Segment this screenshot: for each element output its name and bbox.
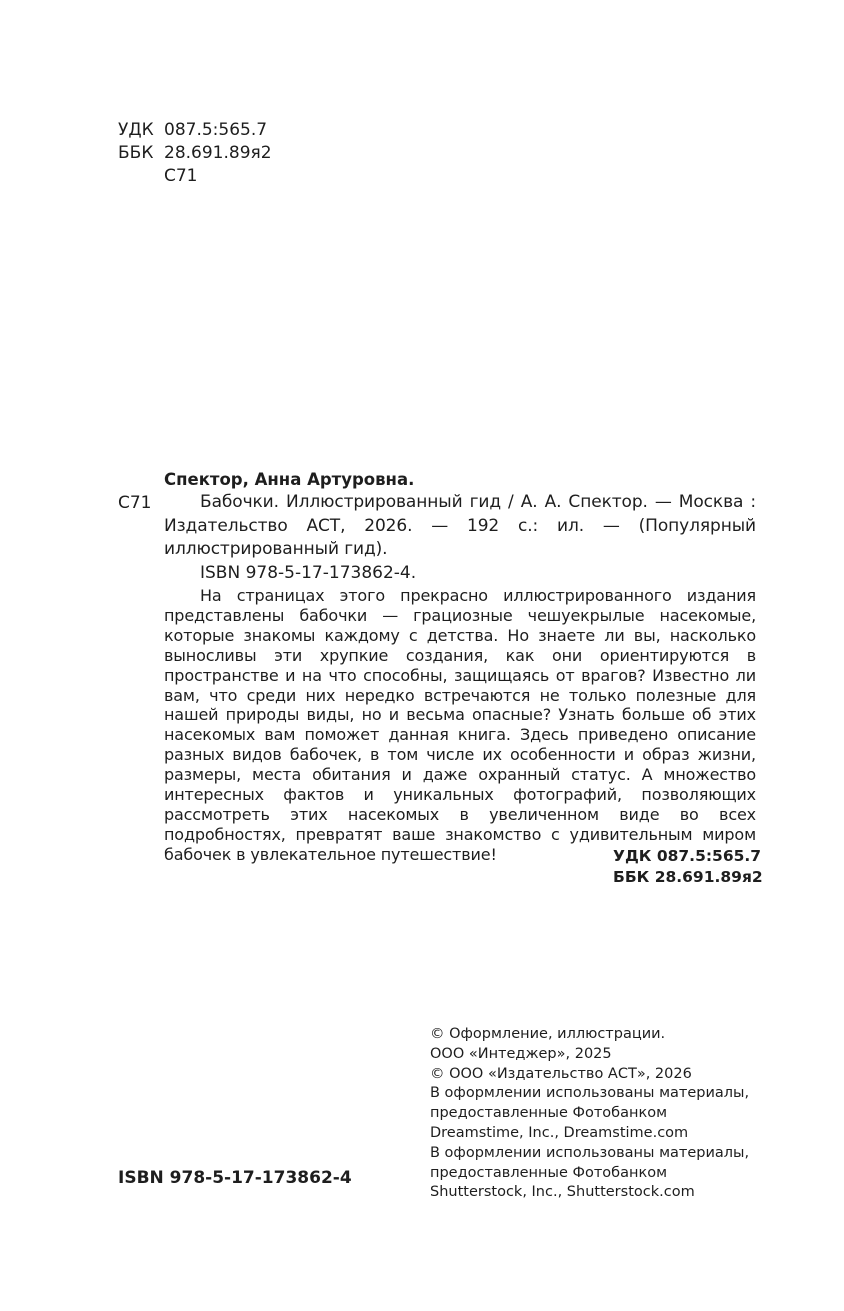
- author-name: Спектор, Анна Артуровна.: [164, 468, 756, 491]
- udk-value: 087.5:565.7: [164, 119, 267, 142]
- copyright-line: предоставленные Фотобанком: [430, 1164, 749, 1184]
- copyright-line: В оформлении использованы материалы,: [430, 1084, 749, 1104]
- catalog-isbn: ISBN 978-5-17-173862-4.: [164, 562, 756, 585]
- copyright-block: © Оформление, иллюстрации. ООО «Интеджер…: [430, 1025, 749, 1203]
- author-mark: С71: [164, 165, 198, 188]
- copyright-line: © ООО «Издательство АСТ», 2026: [430, 1065, 749, 1085]
- bibliographic-description: Бабочки. Иллюстрированный гид / А. А. Сп…: [164, 491, 756, 561]
- abstract: На страницах этого прекрасно иллюстриров…: [164, 586, 756, 865]
- author-mark-row: С71: [118, 165, 272, 188]
- copyright-line: Shutterstock, Inc., Shutterstock.com: [430, 1183, 749, 1203]
- copyright-line: Dreamstime, Inc., Dreamstime.com: [430, 1124, 749, 1144]
- bbk-label: ББК: [118, 142, 164, 165]
- udk-label: УДК: [118, 119, 164, 142]
- copyright-line: © Оформление, иллюстрации.: [430, 1025, 749, 1045]
- classification-codes-right: УДК 087.5:565.7 ББК 28.691.89я2: [613, 846, 763, 888]
- catalog-author-mark: С71: [118, 493, 152, 513]
- udk-right: УДК 087.5:565.7: [613, 846, 763, 867]
- bbk-row: ББК 28.691.89я2: [118, 142, 272, 165]
- bbk-right: ББК 28.691.89я2: [613, 867, 763, 888]
- bbk-value: 28.691.89я2: [164, 142, 272, 165]
- udk-row: УДК 087.5:565.7: [118, 119, 272, 142]
- copyright-line: В оформлении использованы материалы,: [430, 1144, 749, 1164]
- catalog-card: Спектор, Анна Артуровна. Бабочки. Иллюст…: [164, 468, 756, 865]
- copyright-line: предоставленные Фотобанком: [430, 1104, 749, 1124]
- copyright-line: ООО «Интеджер», 2025: [430, 1045, 749, 1065]
- isbn-footer: ISBN 978-5-17-173862-4: [118, 1168, 352, 1188]
- classification-codes: УДК 087.5:565.7 ББК 28.691.89я2 С71: [118, 119, 272, 188]
